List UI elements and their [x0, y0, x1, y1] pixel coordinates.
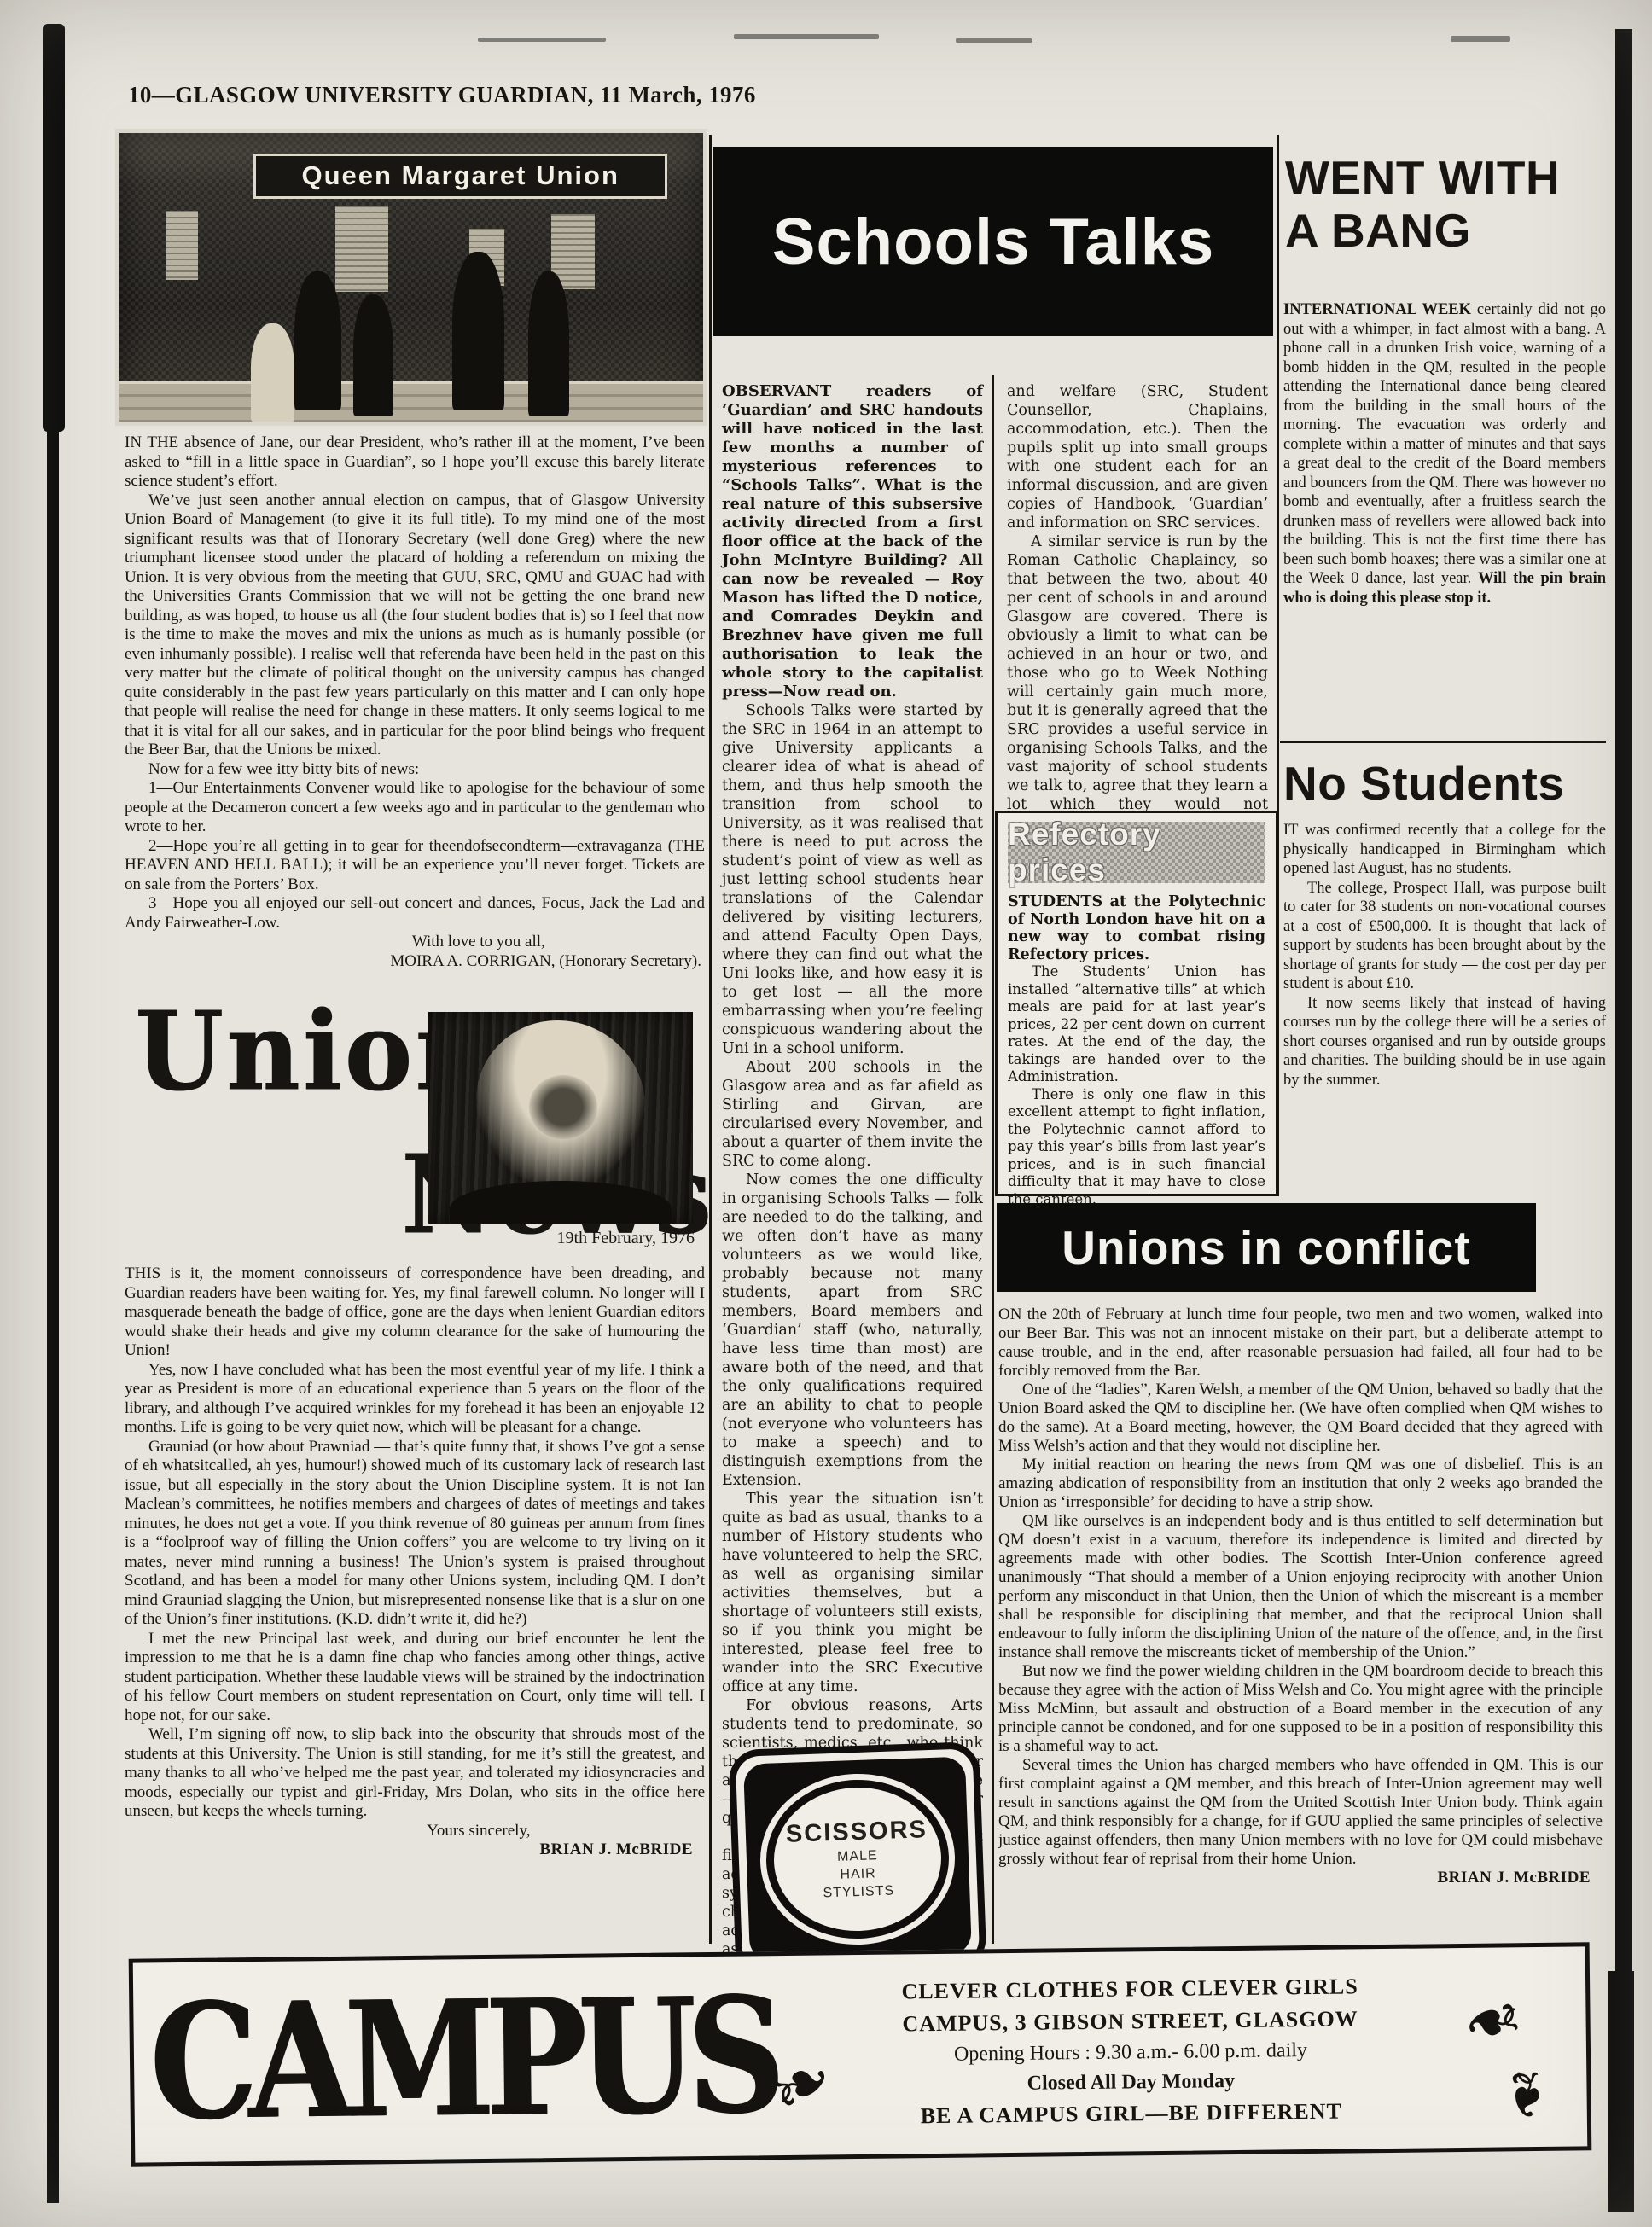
scan-noise-dash: [956, 38, 1032, 43]
paragraph: This year the situation isn’t quite as b…: [722, 1490, 983, 1696]
scan-noise-dash: [478, 38, 606, 42]
person-silhouette: [294, 271, 341, 410]
campus-ad-line: CLEVER CLOTHES FOR CLEVER GIRLS: [891, 1974, 1369, 2004]
portrait-caption: 19th February, 1976: [428, 1229, 695, 1248]
campus-ad-line: BE A CAMPUS GIRL—BE DIFFERENT: [893, 2098, 1370, 2129]
lead-words: INTERNATIONAL WEEK: [1283, 301, 1471, 318]
paragraph: One of the “ladies”, Karen Welsh, a memb…: [998, 1381, 1603, 1456]
section-rule: [1280, 741, 1606, 743]
person-silhouette: [452, 252, 505, 410]
paragraph: THIS is it, the moment connoisseurs of c…: [125, 1265, 705, 1361]
paragraph: Grauniad (or how about Prawniad — that’s…: [125, 1438, 705, 1630]
scan-noise-dash: [734, 34, 879, 39]
campus-ad-line: Opening Hours : 9.30 a.m.- 6.00 p.m. dai…: [892, 2038, 1370, 2067]
paragraph: But now we find the power wielding child…: [998, 1662, 1603, 1756]
union-news-article: THIS is it, the moment connoisseurs of c…: [125, 1265, 705, 1860]
unions-in-conflict-article: ON the 20th of February at lunch time fo…: [998, 1305, 1603, 1887]
signature: BRIAN J. McBRIDE: [125, 1840, 705, 1860]
subcolumn-rule: [992, 375, 994, 1944]
page-header: 10—GLASGOW UNIVERSITY GUARDIAN, 11 March…: [128, 82, 756, 108]
paragraph: There is only one flaw in this excellent…: [1008, 1086, 1265, 1209]
lead-paragraph: STUDENTS at the Polytechnic of North Lon…: [1008, 893, 1265, 963]
refectory-prices-box: Refectory prices STUDENTS at the Polytec…: [995, 811, 1278, 1196]
paragraph: My initial reaction on hearing the news …: [998, 1456, 1603, 1512]
scissors-ad-disc: SCISSORS MALE HAIR STYLISTS: [771, 1785, 944, 1934]
scissors-ad-square: SCISSORS MALE HAIR STYLISTS: [743, 1757, 972, 1962]
qm-union-photo: Queen Margaret Union: [119, 133, 703, 422]
refectory-prices-headline: Refectory prices: [1008, 822, 1265, 883]
poster: [335, 206, 388, 292]
leaf-icon: ❧: [1451, 1972, 1536, 2072]
paragraph: The Students’ Union has installed “alter…: [1008, 963, 1265, 1086]
portrait-shoulder: [450, 1181, 672, 1224]
paragraph: and welfare (SRC, Student Counsellor, Ch…: [1007, 382, 1268, 532]
campus-ad: CAMPUS ❧ CLEVER CLOTHES FOR CLEVER GIRLS…: [129, 1942, 1592, 2166]
scissors-ad-line: HAIR: [840, 1865, 876, 1883]
steps: [119, 381, 703, 422]
unions-in-conflict-headline: Unions in conflict: [997, 1203, 1536, 1292]
no-students-article: IT was confirmed recently that a college…: [1283, 821, 1606, 1090]
scissors-ad-ring: SCISSORS MALE HAIR STYLISTS: [758, 1771, 958, 1948]
paragraph: A similar service is run by the Roman Ca…: [1007, 532, 1268, 852]
scissors-ad-line: STYLISTS: [823, 1883, 894, 1902]
qm-letter-article: IN THE absence of Jane, our dear Preside…: [125, 433, 705, 971]
paragraph: It now seems likely that instead of havi…: [1283, 994, 1606, 1090]
paragraph: IT was confirmed recently that a college…: [1283, 821, 1606, 879]
scan-edge-right: [1615, 29, 1632, 1974]
scissors-ad: SCISSORS MALE HAIR STYLISTS: [728, 1741, 986, 1977]
campus-ad-line: CAMPUS, 3 GIBSON STREET, GLASGOW: [891, 2006, 1369, 2037]
signature: MOIRA A. CORRIGAN, (Honorary Secretary).: [125, 952, 705, 972]
valediction: Yours sincerely,: [125, 1822, 705, 1841]
paragraph: Yes, now I have concluded what has been …: [125, 1361, 705, 1438]
campus-ad-copy: CLEVER CLOTHES FOR CLEVER GIRLS CAMPUS, …: [891, 1974, 1370, 2129]
went-with-a-bang-headline: WENT WITH A BANG: [1285, 152, 1560, 257]
schools-talks-right-column: and welfare (SRC, Student Counsellor, Ch…: [1007, 382, 1268, 852]
paragraph: IN THE absence of Jane, our dear Preside…: [125, 433, 705, 491]
leaf-icon: ❧: [1483, 2060, 1569, 2129]
campus-ad-logo: CAMPUS: [148, 1962, 777, 2156]
person-silhouette: [353, 294, 394, 416]
person-silhouette: [251, 323, 294, 422]
poster: [166, 211, 199, 280]
body-text: certainly did not go out with a whimper,…: [1283, 301, 1606, 587]
no-students-headline: No Students: [1283, 758, 1564, 811]
paragraph: The college, Prospect Hall, was purpose …: [1283, 879, 1606, 994]
schools-talks-headline: Schools Talks: [713, 147, 1273, 336]
valediction: With love to you all,: [125, 933, 705, 952]
scan-edge-left: [47, 427, 59, 2203]
president-portrait-photo: [428, 1012, 693, 1224]
paragraph: ON the 20th of February at lunch time fo…: [998, 1305, 1603, 1381]
paragraph: 1—Our Entertainments Convener would like…: [125, 779, 705, 837]
paragraph: QM like ourselves is an independent body…: [998, 1512, 1603, 1662]
paragraph: Schools Talks were started by the SRC in…: [722, 701, 983, 1058]
portrait-face: [529, 1075, 598, 1138]
paragraph: Well, I’m signing off now, to slip back …: [125, 1725, 705, 1822]
campus-ad-line: Closed All Day Monday: [892, 2068, 1370, 2096]
scan-edge-left-top: [43, 24, 65, 432]
paragraph: Several times the Union has charged memb…: [998, 1756, 1603, 1869]
paragraph: INTERNATIONAL WEEK certainly did not go …: [1283, 300, 1606, 608]
paragraph: About 200 schools in the Glasgow area an…: [722, 1058, 983, 1171]
newspaper-page: 10—GLASGOW UNIVERSITY GUARDIAN, 11 March…: [0, 0, 1652, 2227]
scan-edge-right-bottom: [1608, 1971, 1634, 2212]
paragraph: We’ve just seen another annual election …: [125, 491, 705, 760]
lead-paragraph: OBSERVANT readers of ‘Guardian’ and SRC …: [722, 382, 983, 701]
paragraph: 2—Hope you’re all getting in to gear for…: [125, 837, 705, 895]
paragraph: 3—Hope you all enjoyed our sell-out conc…: [125, 894, 705, 933]
scissors-ad-line: MALE: [837, 1847, 878, 1865]
column-rule: [709, 135, 712, 1944]
headline-line: A BANG: [1285, 205, 1560, 258]
scan-noise-dash: [1451, 36, 1510, 42]
paragraph: Now for a few wee itty bitty bits of new…: [125, 760, 705, 780]
paragraph: I met the new Principal last week, and d…: [125, 1630, 705, 1726]
headline-line: WENT WITH: [1285, 152, 1560, 205]
scissors-ad-name: SCISSORS: [785, 1816, 928, 1849]
paragraph: Now comes the one difficulty in organisi…: [722, 1171, 983, 1490]
went-with-a-bang-article: INTERNATIONAL WEEK certainly did not go …: [1283, 300, 1606, 608]
signature: BRIAN J. McBRIDE: [998, 1869, 1603, 1887]
qm-union-sign: Queen Margaret Union: [253, 154, 667, 199]
person-silhouette: [528, 271, 569, 416]
